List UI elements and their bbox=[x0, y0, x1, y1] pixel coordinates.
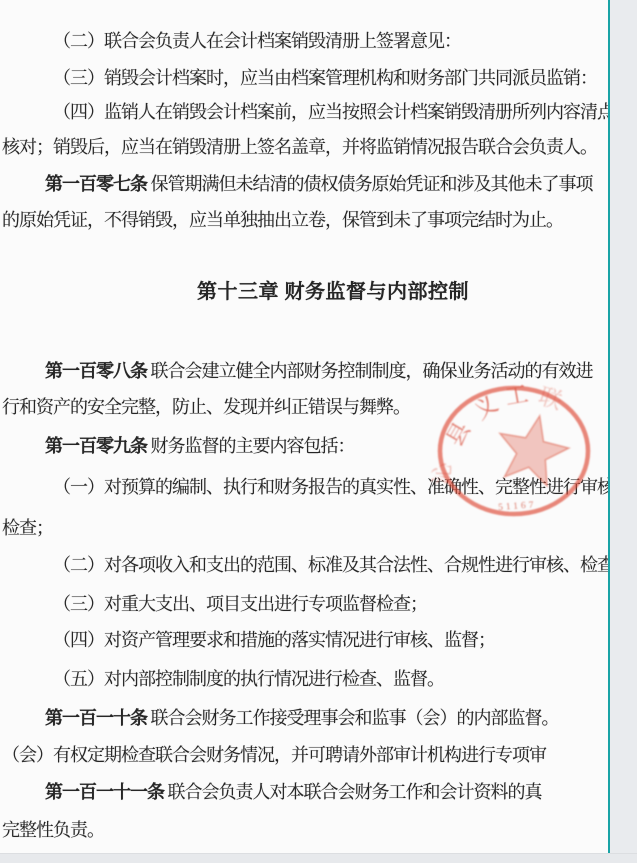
clause-number: 第一百一十条 bbox=[45, 708, 147, 728]
clause-text: （会）有权定期检查联合会财务情况，并可聘请外部审计机构进行专项审 bbox=[2, 745, 546, 765]
clause-text: 保管期满但未结清的债权债务原始凭证和涉及其他未了事项 bbox=[147, 174, 593, 194]
clause-text: 联合会财务工作接受理事会和监事（会）的内部监督。 bbox=[147, 708, 559, 728]
seal-character: 县 bbox=[442, 418, 475, 450]
clause-number: 第一百零八条 bbox=[45, 361, 147, 381]
document-line: （五）对内部控制制度的执行情况进行检查、监督。 bbox=[53, 668, 444, 690]
clause-text: （二）联合会负责人在会计档案销毁清册上签署意见： bbox=[53, 31, 461, 51]
clause-text: 联合会建立健全内部财务控制制度，确保业务活动的有效进 bbox=[147, 361, 593, 381]
clause-text: （一）对预算的编制、执行和财务报告的真实性、准确性、完整性进行审核 bbox=[53, 477, 608, 497]
document-line: 行和资产的安全完整，防止、发现并纠正错误与舞弊。 bbox=[2, 396, 410, 418]
clause-number: 第一百零九条 bbox=[45, 436, 147, 456]
seal-character: 义 bbox=[469, 391, 502, 424]
seal-number: 51167 bbox=[498, 500, 537, 513]
clause-number: 第一百零七条 bbox=[45, 174, 147, 194]
clause-text: 行和资产的安全完整，防止、发现并纠正错误与舞弊。 bbox=[2, 397, 410, 417]
document-line: 的原始凭证，不得销毁，应当单独抽出立卷，保管到未了事项完结时为止。 bbox=[2, 209, 563, 231]
document-line: 检查； bbox=[2, 517, 53, 539]
clause-number: 第十三章 财务监督与内部控制 bbox=[197, 281, 469, 303]
document-line: （一）对预算的编制、执行和财务报告的真实性、准确性、完整性进行审核 bbox=[53, 476, 608, 498]
document-line: （三）销毁会计档案时，应当由档案管理机构和财务部门共同派员监销： bbox=[53, 67, 597, 89]
clause-text: （三）对重大支出、项目支出进行专项监督检查； bbox=[53, 594, 427, 614]
document-line: 第一百零九条 财务监督的主要内容包括： bbox=[45, 435, 355, 457]
bottom-margin-strip bbox=[0, 853, 637, 863]
document-line: （会）有权定期检查联合会财务情况，并可聘请外部审计机构进行专项审 bbox=[2, 744, 546, 766]
chapter-heading: 第十三章 财务监督与内部控制 bbox=[197, 281, 469, 303]
document-line: 第一百零七条 保管期满但未结清的债权债务原始凭证和涉及其他未了事项 bbox=[45, 173, 593, 195]
screenshot-root: { "canvas": { "page_background": "#fbfbf… bbox=[0, 0, 637, 863]
document-line: （四）监销人在销毁会计档案前，应当按照会计档案销毁清册所列内容清点 bbox=[53, 101, 608, 123]
official-seal-stamp: 沁县义工联 51167 bbox=[430, 378, 608, 524]
document-line: （二）联合会负责人在会计档案销毁清册上签署意见： bbox=[53, 30, 461, 52]
document-page: （二）联合会负责人在会计档案销毁清册上签署意见：（三）销毁会计档案时，应当由档案… bbox=[0, 0, 608, 853]
clause-text: 核对；销毁后，应当在销毁清册上签名盖章，并将监销情况报告联合会负责人。 bbox=[2, 137, 597, 157]
page-border-line bbox=[608, 0, 610, 853]
clause-text: 联合会负责人对本联合会财务工作和会计资料的真 bbox=[164, 782, 542, 802]
clause-text: （五）对内部控制制度的执行情况进行检查、监督。 bbox=[53, 669, 444, 689]
document-line: （四）对资产管理要求和措施的落实情况进行审核、监督； bbox=[53, 629, 495, 651]
clause-text: 完整性负责。 bbox=[2, 820, 104, 840]
document-line: 第一百零八条 联合会建立健全内部财务控制制度，确保业务活动的有效进 bbox=[45, 360, 593, 382]
clause-text: 的原始凭证，不得销毁，应当单独抽出立卷，保管到未了事项完结时为止。 bbox=[2, 210, 563, 230]
clause-text: （二）对各项收入和支出的范围、标准及其合法性、合规性进行审核、检查 bbox=[53, 555, 608, 575]
clause-text: 检查； bbox=[2, 518, 53, 538]
clause-text: 财务监督的主要内容包括： bbox=[147, 436, 355, 456]
seal-character: 工 bbox=[503, 381, 530, 410]
document-line: （三）对重大支出、项目支出进行专项监督检查； bbox=[53, 593, 427, 615]
clause-number: 第一百一十一条 bbox=[45, 782, 164, 802]
seal-arc-text: 沁县义工联 bbox=[430, 381, 565, 485]
document-line: 完整性负责。 bbox=[2, 819, 104, 841]
clause-text: （四）监销人在销毁会计档案前，应当按照会计档案销毁清册所列内容清点 bbox=[53, 102, 608, 122]
seal-character: 联 bbox=[536, 383, 566, 414]
document-line: 核对；销毁后，应当在销毁清册上签名盖章，并将监销情况报告联合会负责人。 bbox=[2, 136, 597, 158]
clause-text: （三）销毁会计档案时，应当由档案管理机构和财务部门共同派员监销： bbox=[53, 68, 597, 88]
document-line: （二）对各项收入和支出的范围、标准及其合法性、合规性进行审核、检查 bbox=[53, 554, 608, 576]
clause-text: （四）对资产管理要求和措施的落实情况进行审核、监督； bbox=[53, 630, 495, 650]
document-line: 第一百一十条 联合会财务工作接受理事会和监事（会）的内部监督。 bbox=[45, 707, 559, 729]
document-line: 第一百一十一条 联合会负责人对本联合会财务工作和会计资料的真 bbox=[45, 781, 542, 803]
